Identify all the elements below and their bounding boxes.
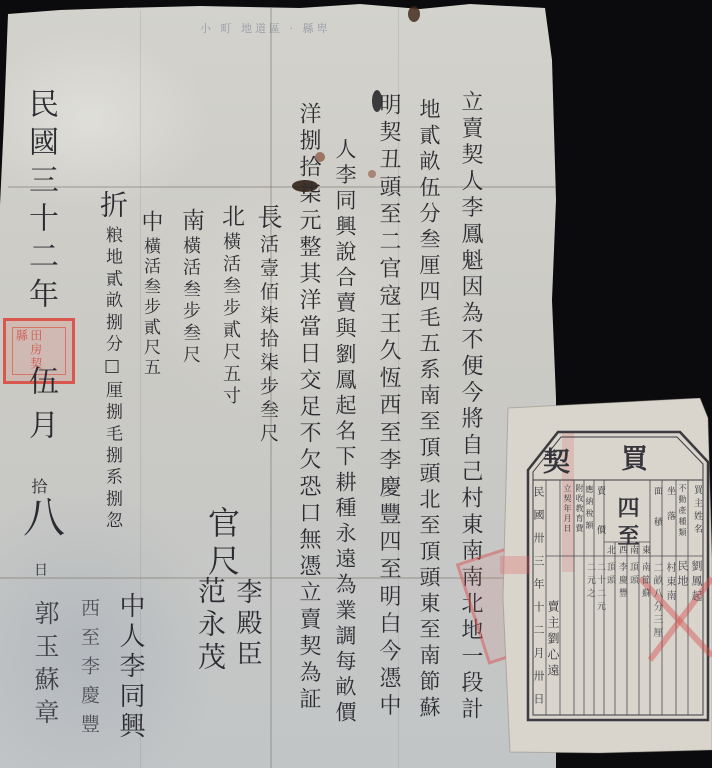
receipt-header-east: 東 [640,545,649,554]
signature-neighbor: 西至李慶豐 [79,598,98,743]
receipt-header-area: 面積 [652,486,661,548]
receipt-header-contract-date: 立契年月日 [563,484,571,534]
receipt-value-area: 二畝八分三厘 [651,562,661,640]
signature-middleman: 中人李同興 [117,592,143,742]
deed-date-day-suffix: 日 [33,562,47,576]
measurement-north-width: 橫活叁步貳尺五寸 [221,232,239,408]
bleed-through-text: 小 町 地道區 · 縣卑 [200,20,330,36]
receipt-value-property-type: 民地 [677,560,688,590]
deed-date-day-units: 八 [20,495,62,537]
receipt-header-south: 南 [628,545,637,554]
receipt-header-surcharge: 附收教育費 [575,484,583,534]
measurement-converted-area: 粮地貳畝捌分□厘捌毛捌系捌忽 [103,226,120,533]
receipt-header-price: 賣價 [595,486,604,564]
receipt-header-west: 西 [617,545,626,554]
official-ruler-label: 官尺 [206,506,238,582]
deed-body-column-2: 地貳畝伍分叁厘四毛五系南至頂頭北至頂頭東至南節蘇 [418,98,439,722]
receipt-date-line: 民國卅三年十二月卅日 [533,486,544,716]
rust-stain [368,170,376,178]
receipt-value-buyer: 劉鳳起 [691,560,702,605]
measurement-middle-width-lead: 中 [139,210,161,232]
receipt-value-west: 李慶豐 [617,562,626,601]
receipt-header-location: 坐落 [665,486,674,536]
deed-date-year: 民國三十二年 [25,88,55,316]
deed-body-column-3: 明契丑頭至二官寇王久恆西至李慶豐四至明白今憑中 [377,93,399,721]
receipt-value-north: 頂頭 [605,562,614,588]
receipt-title-buy: 買 [618,444,645,471]
deed-body-column-4: 人李同興說合賣與劉鳳起名下耕種永遠為業調每畝價 [334,138,355,727]
measurement-middle-width: 橫活叁步貳尺五 [141,237,158,378]
deed-date-day-tens: 拾 [30,478,46,494]
measurement-length: 活壹佰柒拾柒步叁尺 [258,234,277,446]
receipt-header-north: 北 [605,545,614,554]
signature-witness-1: 李殿臣 [234,578,260,671]
receipt-header-tax: 應納稅額 [585,485,593,533]
receipt-header-boundaries: 四至 [616,496,638,552]
measurement-south-width: 橫活叁步叁尺 [181,236,199,367]
signature-scribe: 郭玉蘇章 [33,600,58,732]
receipt-value-tax: 二元之 [585,562,594,601]
receipt-value-price: 二十二元 [595,562,604,614]
rust-stain [408,6,420,22]
receipt-seller-line: 賣主劉心遠 [547,600,559,680]
photo-background: 小 町 地道區 · 縣卑 立賣契人李鳳魁因為不便今將自己村東南南北地一段計 地貳… [0,0,712,768]
receipt-value-south: 頂頭 [628,562,637,588]
measurement-converted-area-lead: 折 [98,190,126,218]
measurement-south-width-lead: 南 [179,208,202,231]
deed-date-month: 伍月 [25,365,55,453]
receipt-header-buyer: 買主姓名 [692,485,701,537]
signature-witness-2: 范永茂 [196,576,224,675]
measurement-north-width-lead: 北 [219,204,242,227]
receipt-header-property-type: 不動產種類 [678,484,686,539]
receipt-title-deed: 契 [540,447,567,474]
receipt-value-location: 村東南 [664,562,674,604]
measurement-length-lead: 長 [256,204,281,229]
red-stamp-smudge [500,556,530,574]
receipt-value-east: 南節蘇 [640,562,649,601]
deed-body-column-5: 洋捌拾柒元整其洋當日交足不欠恐口無憑立賣契為証 [297,102,319,714]
